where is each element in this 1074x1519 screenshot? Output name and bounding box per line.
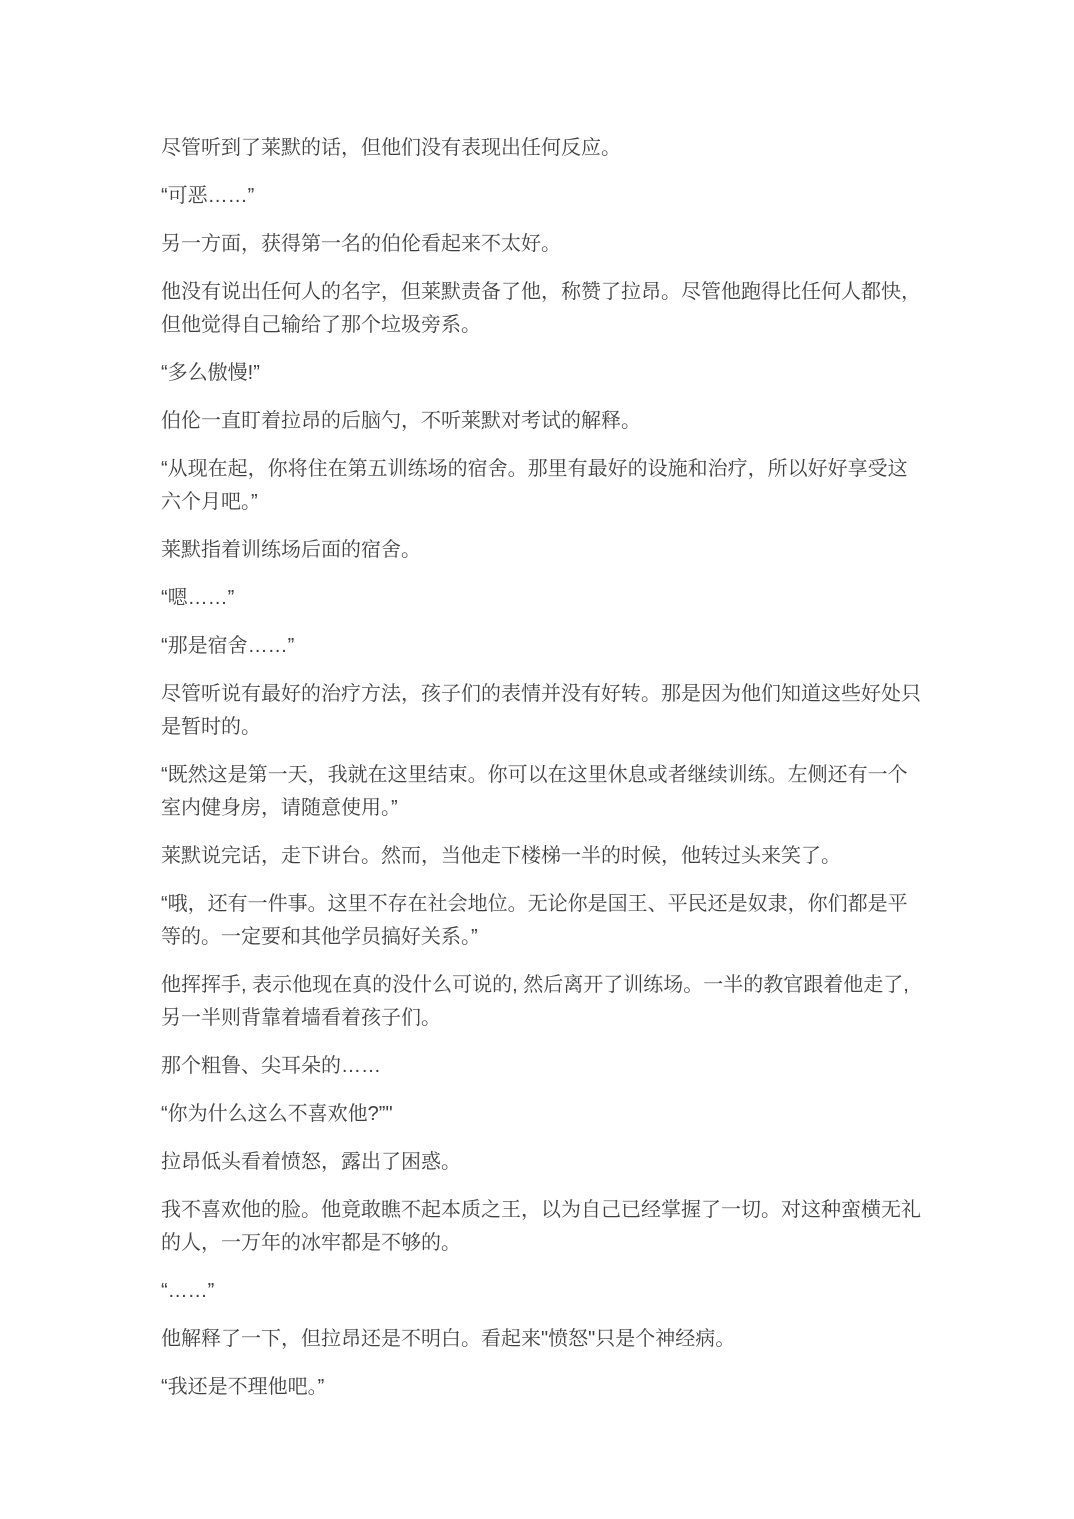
paragraph: 另一方面，获得第一名的伯伦看起来不太好。: [161, 228, 925, 261]
paragraph: 莱默指着训练场后面的宿舍。: [161, 534, 925, 567]
paragraph: 尽管听到了莱默的话，但他们没有表现出任何反应。: [161, 132, 925, 165]
paragraph: 那个粗鲁、尖耳朵的……: [161, 1050, 925, 1083]
paragraph: “那是宿舍……”: [161, 630, 925, 663]
paragraph: “多么傲慢!”: [161, 357, 925, 390]
paragraph: “……”: [161, 1275, 925, 1308]
document-page: 尽管听到了莱默的话，但他们没有表现出任何反应。“可恶……”另一方面，获得第一名的…: [0, 0, 1074, 1519]
paragraph: 拉昂低头看着愤怒，露出了困惑。: [161, 1146, 925, 1179]
paragraph: 他挥挥手, 表示他现在真的没什么可说的, 然后离开了训练场。一半的教官跟着他走了…: [161, 969, 925, 1035]
paragraph: 我不喜欢他的脸。他竟敢瞧不起本质之王，以为自己已经掌握了一切。对这种蛮横无礼的人…: [161, 1194, 925, 1260]
paragraph: “既然这是第一天，我就在这里结束。你可以在这里休息或者继续训练。左侧还有一个室内…: [161, 759, 925, 825]
paragraph: “可恶……”: [161, 180, 925, 213]
novel-text-content: 尽管听到了莱默的话，但他们没有表现出任何反应。“可恶……”另一方面，获得第一名的…: [161, 132, 925, 1419]
paragraph: “哦，还有一件事。这里不存在社会地位。无论你是国王、平民还是奴隶，你们都是平等的…: [161, 888, 925, 954]
paragraph: “你为什么这么不喜欢他?”": [161, 1098, 925, 1131]
paragraph: 他解释了一下，但拉昂还是不明白。看起来"愤怒"只是个神经病。: [161, 1323, 925, 1356]
paragraph: 他没有说出任何人的名字，但莱默责备了他，称赞了拉昂。尽管他跑得比任何人都快，但他…: [161, 276, 925, 342]
paragraph: “我还是不理他吧。”: [161, 1371, 925, 1404]
paragraph: 莱默说完话，走下讲台。然而，当他走下楼梯一半的时候，他转过头来笑了。: [161, 840, 925, 873]
paragraph: “嗯……”: [161, 582, 925, 615]
paragraph: “从现在起，你将住在第五训练场的宿舍。那里有最好的设施和治疗，所以好好享受这六个…: [161, 453, 925, 519]
paragraph: 伯伦一直盯着拉昂的后脑勺，不听莱默对考试的解释。: [161, 405, 925, 438]
paragraph: 尽管听说有最好的治疗方法，孩子们的表情并没有好转。那是因为他们知道这些好处只是暂…: [161, 678, 925, 744]
